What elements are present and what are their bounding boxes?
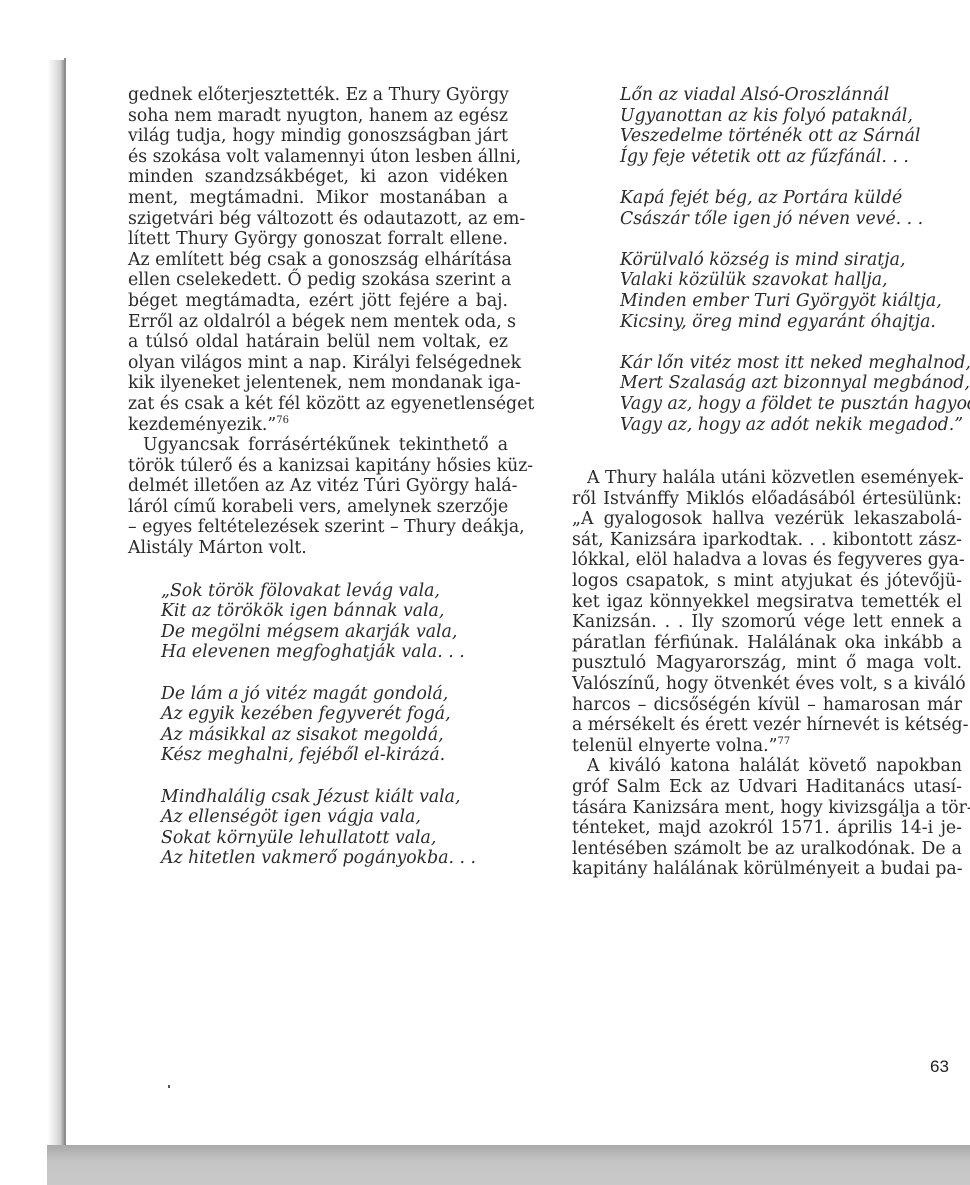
verse-line: Körülvaló község is mind siratja, [620, 250, 962, 271]
verse-stanza: Lőn az viadal Alsó-Oroszlánnál Ugyanotta… [620, 85, 962, 167]
verse-line: Kár lőn vitéz most itt neked meghalnod, [620, 353, 962, 374]
verse-line: De megölni mégsem akarják vala, [161, 622, 508, 643]
footnote-ref-77: 77 [777, 736, 790, 747]
text-line: A kiváló katona halálát követő napokban [572, 756, 962, 777]
text-line: Alistály Márton volt. [128, 538, 508, 559]
page-gutter-edge [64, 58, 66, 1145]
text-line: minden szandzsákbéget, ki azon vidéken [128, 167, 508, 188]
paragraph-4: A kiváló katona halálát követő napokban … [572, 756, 962, 880]
text-line: kapitány halálának körülményeit a budai … [572, 859, 962, 880]
verse-line: Az hitetlen vakmerő pogányokba. . . [161, 848, 508, 869]
verse-line: Az másikkal az sisakot megoldá, [161, 725, 508, 746]
verse-line: Ugyanottan az kis folyó pataknál, [620, 106, 962, 127]
text-line: béget megtámadta, ezért jött fejére a ba… [128, 291, 508, 312]
text-line: harcos – dicsőségén kívül – hamarosan má… [572, 695, 962, 716]
verse-stanza: Kár lőn vitéz most itt neked meghalnod, … [620, 353, 962, 435]
text-line: lített Thury György gonoszat forralt ell… [128, 229, 508, 250]
verse-line: Veszedelme történék ott az Sárnál [620, 126, 962, 147]
text-line: „A gyalogosok hallva vezérük lekaszabolá… [572, 509, 962, 530]
verse-line: Mert Szalaság azt bizonnyal megbánod, [620, 373, 962, 394]
text-line: kezdeményezik.”76 [128, 415, 508, 436]
verse-line: Valaki közülük szavokat hallja, [620, 270, 962, 291]
text-line: világ tudja, hogy mindig gonoszságban já… [128, 126, 508, 147]
text-line: ténteket, majd azokról 1571. április 14-… [572, 818, 962, 839]
verse-line: Ha elevenen megfoghatják vala. . . [161, 642, 508, 663]
verse-line: Császár tőle igen jó néven vevé. . . [620, 209, 962, 230]
verse-line: Így feje vétetik ott az fűzfánál. . . [620, 147, 962, 168]
text-line: tására Kanizsára ment, hogy kivizsgálja … [572, 798, 962, 819]
text-line: zat és csak a két fél között az egyenetl… [128, 394, 508, 415]
page-number: 63 [930, 1057, 949, 1077]
text-line: Az említett bég csak a gonoszság elhárít… [128, 250, 508, 271]
verse-stanza: Kapá fejét bég, az Portára küldé Császár… [620, 188, 962, 229]
footnote-ref-76: 76 [276, 415, 289, 426]
text-line: szigetvári bég változott és odautazott, … [128, 209, 508, 230]
verse-line: Sokat környüle lehullatott vala, [161, 828, 508, 849]
text-line: Ugyancsak forrásértékűnek tekinthető a [128, 435, 508, 456]
text-line: gednek előterjesztették. Ez a Thury Györ… [128, 85, 508, 106]
verse-line: Kapá fejét bég, az Portára küldé [620, 188, 962, 209]
verse-line: Mindhalálig csak Jézust kiált vala, [161, 787, 508, 808]
verse-line: Minden ember Turi Györgyöt kiáltja, [620, 291, 962, 312]
text-line: telenül elnyerte volna.”77 [572, 736, 962, 757]
paragraph-3: A Thury halála utáni közvetlen események… [572, 468, 962, 756]
text-line: delmét illetően az Az vitéz Túri György … [128, 476, 508, 497]
text-line: sát, Kanizsára iparkodtak. . . kibontott… [572, 530, 962, 551]
text-line: lókkal, elöl haladva a lovas és fegyvere… [572, 550, 962, 571]
text-line: logos csapatok, s mint atyjukat és jótev… [572, 571, 962, 592]
verse-line: Vagy az, hogy a földet te pusztán hagyod… [620, 394, 962, 415]
verse-line: Kicsiny, öreg mind egyaránt óhajtja. [620, 312, 962, 333]
text-line: ellen cselekedett. Ő pedig szokása szeri… [128, 270, 508, 291]
verse-line: „Sok török fölovakat levág vala, [161, 581, 508, 602]
verse-line: Vagy az, hogy az adót nekik megadod.” [620, 415, 962, 436]
text-line: ket igaz könnyekkel megsiratva temették … [572, 592, 962, 613]
text-line: gróf Salm Eck az Udvari Haditanács utasí… [572, 777, 962, 798]
text-line: ment, megtámadni. Mikor mostanában a [128, 188, 508, 209]
text-line: páratlan férfiúnak. Halálának oka inkább… [572, 633, 962, 654]
verse-line: Az ellenségöt igen vágja vala, [161, 807, 508, 828]
text-line: ről Istvánffy Miklós előadásából értesül… [572, 489, 962, 510]
verse-block-right: Lőn az viadal Alsó-Oroszlánnál Ugyanotta… [572, 85, 962, 435]
text-line: láról című korabeli vers, amelynek szerz… [128, 497, 508, 518]
verse-line: Az egyik kezében fegyverét fogá, [161, 704, 508, 725]
text-line: a mérsékelt és érett vezér hírnevét is k… [572, 715, 962, 736]
page-gutter-shadow [47, 60, 65, 1145]
scan-speck [168, 1085, 170, 1088]
text-line: soha nem maradt nyugton, hanem az egész [128, 106, 508, 127]
text-line: lentésében számolt be az uralkodónak. De… [572, 839, 962, 860]
left-column: gednek előterjesztették. Ez a Thury Györ… [128, 85, 508, 890]
paragraph-1: gednek előterjesztették. Ez a Thury Györ… [128, 85, 508, 435]
scan-bottom-edge [47, 1145, 970, 1185]
verse-line: Kész meghalni, fejéből el-kirázá. [161, 745, 508, 766]
text-line: és szokása volt valamennyi úton lesben á… [128, 147, 508, 168]
verse-stanza: Körülvaló község is mind siratja, Valaki… [620, 250, 962, 332]
text-line: a túlsó oldal határain belül nem voltak,… [128, 332, 508, 353]
text-line: – egyes feltételezések szerint – Thury d… [128, 517, 508, 538]
text-line: olyan világos mint a nap. Királyi felség… [128, 353, 508, 374]
verse-stanza: Mindhalálig csak Jézust kiált vala, Az e… [161, 787, 508, 869]
paragraph-2: Ugyancsak forrásértékűnek tekinthető a t… [128, 435, 508, 559]
text-line: Kanizsán. . . Ily szomorú vége lett enne… [572, 612, 962, 633]
text-line: török túlerő és a kanizsai kapitány hősi… [128, 456, 508, 477]
text-line: A Thury halála utáni közvetlen események… [572, 468, 962, 489]
text-line: pusztuló Magyarország, mint ő maga volt. [572, 653, 962, 674]
verse-line: De lám a jó vitéz magát gondolá, [161, 684, 508, 705]
verse-stanza: De lám a jó vitéz magát gondolá, Az egyi… [161, 684, 508, 766]
verse-block-left: „Sok török fölovakat levág vala, Kit az … [128, 581, 508, 869]
text-line: Valószínű, hogy ötvenkét éves volt, s a … [572, 674, 962, 695]
verse-line: Kit az törökök igen bánnak vala, [161, 601, 508, 622]
right-column: Lőn az viadal Alsó-Oroszlánnál Ugyanotta… [572, 85, 962, 880]
verse-stanza: „Sok török fölovakat levág vala, Kit az … [161, 581, 508, 663]
verse-line: Lőn az viadal Alsó-Oroszlánnál [620, 85, 962, 106]
text-line: Erről az oldalról a bégek nem mentek oda… [128, 312, 508, 333]
text-line: kik ilyeneket jelentenek, nem mondanak i… [128, 373, 508, 394]
